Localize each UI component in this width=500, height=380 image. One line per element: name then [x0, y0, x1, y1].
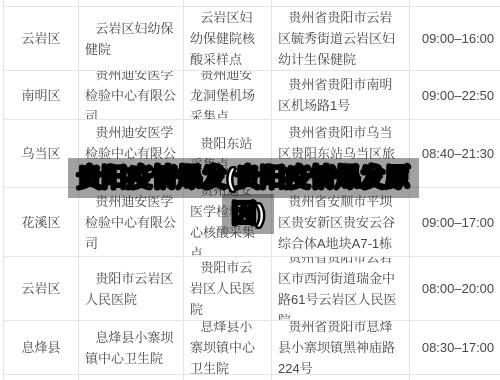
- clipped-row-cell: [4, 375, 79, 380]
- hours-cell: 08:00–20:00: [410, 257, 500, 321]
- sampling-site-label: 息烽县小寨坝镇中心卫生院: [184, 321, 271, 375]
- hours-label: 09:00–22:50: [410, 83, 500, 108]
- organization-label: 云岩区妇幼保健院: [79, 16, 183, 62]
- address-cell: 贵州省贵阳市息烽县小寨坝镇黑神庙路224号: [272, 321, 410, 375]
- address-label: 贵州省贵阳市云岩区毓秀街道云岩区妇幼计生保健院: [272, 7, 409, 71]
- organization-label: 贵州迪安医学检验中心有限公司: [79, 71, 183, 120]
- address-label: 贵州省贵阳市南明区机场路1号: [272, 72, 409, 118]
- clipped-row-cell: [410, 0, 500, 7]
- clipped-row-cell: [4, 0, 79, 7]
- hours-cell: 08:30–17:00: [410, 321, 500, 375]
- organization-label: 贵阳市云岩区人民医院: [79, 266, 183, 312]
- sampling-site-label: 贵阳市云岩区人民医院: [184, 257, 271, 321]
- organization-cell: 贵州迪安医学检验中心有限公司: [79, 71, 184, 120]
- district-cell: 云岩区: [4, 7, 79, 71]
- address-cell: 贵州省贵阳市云岩区毓秀街道云岩区妇幼计生保健院: [272, 7, 410, 71]
- district-label: 南明区: [4, 83, 78, 108]
- clipped-row-cell: [79, 375, 184, 380]
- hours-cell: 09:00–16:00: [410, 7, 500, 71]
- district-cell: 南明区: [4, 71, 79, 120]
- sampling-site-cell: 云岩区妇幼保健院核酸采样点: [184, 7, 272, 71]
- district-cell: 云岩区: [4, 257, 79, 321]
- district-cell: 息烽县: [4, 321, 79, 375]
- organization-label: 息烽县小寨坝镇中心卫生院: [79, 325, 183, 371]
- hours-label: 08:30–17:00: [410, 335, 500, 360]
- clipped-row-cell: [79, 0, 184, 7]
- district-label: 云岩区: [4, 276, 78, 301]
- sampling-site-cell: 贵阳市云岩区人民医院: [184, 257, 272, 321]
- district-label: 云岩区: [4, 26, 78, 51]
- sampling-site-cell: 贵州迪安龙洞堡机场采集点: [184, 71, 272, 120]
- hours-label: 08:00–20:00: [410, 276, 500, 301]
- address-label: 贵州省贵阳市云岩区市西河街道瑞金中路61号云岩区人民医院: [272, 257, 409, 321]
- district-label: 息烽县: [4, 335, 78, 360]
- address-cell: 贵州省贵阳市南明区机场路1号: [272, 71, 410, 120]
- hours-label: 09:00–16:00: [410, 26, 500, 51]
- address-label: 贵州省贵阳市息烽县小寨坝镇黑神庙路224号: [272, 321, 409, 375]
- sampling-site-cell: 息烽县小寨坝镇中心卫生院: [184, 321, 272, 375]
- organization-cell: 云岩区妇幼保健院: [79, 7, 184, 71]
- address-cell: 贵州省贵阳市云岩区市西河街道瑞金中路61号云岩区人民医院: [272, 257, 410, 321]
- clipped-row-cell: [184, 375, 272, 380]
- headline-watermark: 贵阳疫情爆发(贵阳疫情爆发原因): [59, 160, 437, 232]
- clipped-row-cell: [272, 0, 410, 7]
- page: 云岩区 云岩区妇幼保健院 云岩区妇幼保健院核酸采样点 贵州省贵阳市云岩区毓秀街道…: [0, 0, 500, 380]
- organization-cell: 贵阳市云岩区人民医院: [79, 257, 184, 321]
- headline-text: 贵阳疫情爆发(贵阳疫情爆发原因): [68, 158, 419, 234]
- hours-cell: 09:00–22:50: [410, 71, 500, 120]
- clipped-row-cell: [184, 0, 272, 7]
- sampling-site-label: 云岩区妇幼保健院核酸采样点: [184, 7, 271, 71]
- organization-cell: 息烽县小寨坝镇中心卫生院: [79, 321, 184, 375]
- clipped-row-cell: [272, 375, 410, 380]
- sampling-site-label: 贵州迪安龙洞堡机场采集点: [184, 71, 271, 120]
- clipped-row-cell: [410, 375, 500, 380]
